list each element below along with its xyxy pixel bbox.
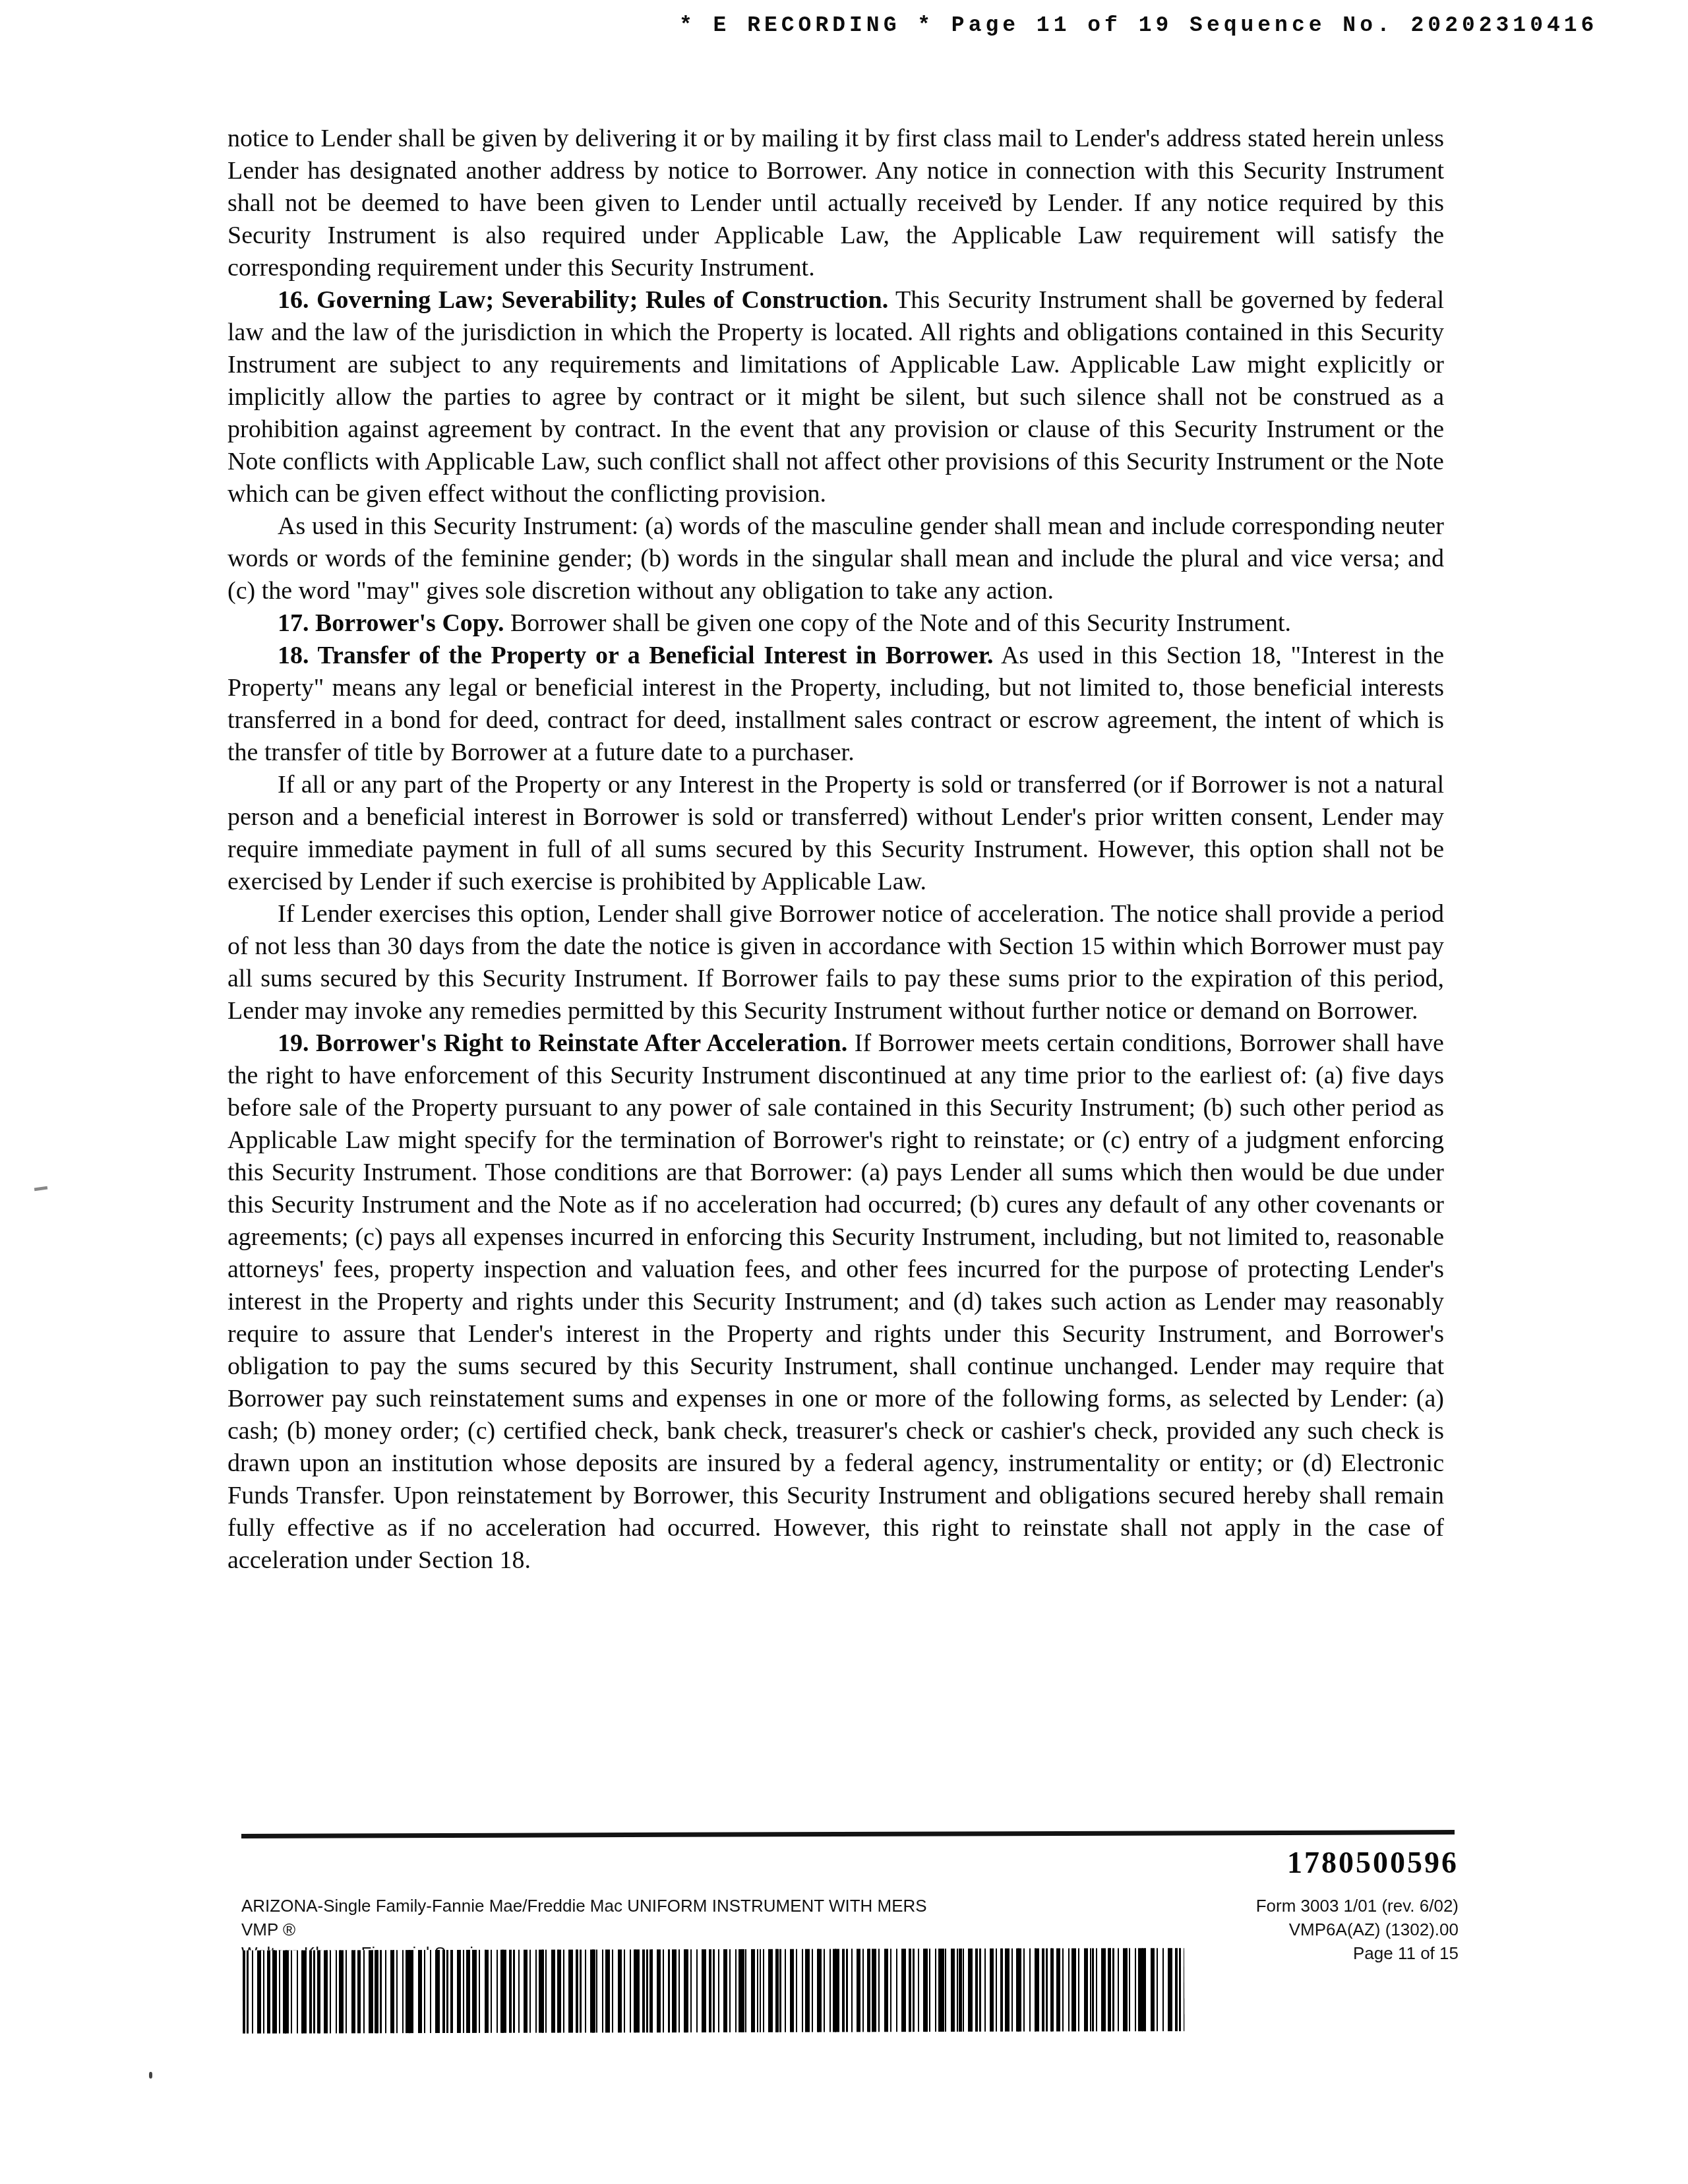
paragraph: If all or any part of the Property or an… [227, 769, 1444, 898]
scan-speck-icon [34, 1186, 48, 1192]
paragraph: 16. Governing Law; Severability; Rules o… [227, 284, 1444, 510]
paragraph: 19. Borrower's Right to Reinstate After … [227, 1027, 1444, 1577]
paragraph-heading: 19. Borrower's Right to Reinstate After … [278, 1029, 847, 1057]
paragraph-text: This Security Instrument shall be govern… [227, 286, 1444, 508]
footer-divider-rule [241, 1830, 1455, 1838]
document-page: * E RECORDING * Page 11 of 19 Sequence N… [0, 0, 1688, 2184]
paragraph-text: If Lender exercises this option, Lender … [227, 900, 1444, 1025]
paragraph: notice to Lender shall be given by deliv… [227, 123, 1444, 284]
paragraph-text: If all or any part of the Property or an… [227, 771, 1444, 895]
footer-page-number-line: Page 11 of 15 [1256, 1941, 1459, 1965]
paragraph: 18. Transfer of the Property or a Benefi… [227, 640, 1444, 769]
footer-instrument-line: ARIZONA-Single Family-Fannie Mae/Freddie… [241, 1894, 927, 1918]
document-body: notice to Lender shall be given by deliv… [227, 123, 1444, 1577]
barcode-icon [243, 1948, 1184, 2034]
footer-form-number-line: Form 3003 1/01 (rev. 6/02) [1256, 1894, 1459, 1918]
paragraph-text: If Borrower meets certain conditions, Bo… [227, 1029, 1444, 1574]
paragraph: 17. Borrower's Copy. Borrower shall be g… [227, 607, 1444, 640]
paragraph-text: As used in this Security Instrument: (a)… [227, 512, 1444, 605]
footer-right-block: Form 3003 1/01 (rev. 6/02) VMP6A(AZ) (13… [1256, 1894, 1459, 1965]
footer-vmp-line: VMP ® [241, 1918, 927, 1941]
paragraph-heading: 18. Transfer of the Property or a Benefi… [278, 642, 994, 669]
paragraph-text: Borrower shall be given one copy of the … [504, 609, 1291, 637]
scan-speck-icon [989, 196, 993, 200]
paragraph-text: notice to Lender shall be given by deliv… [227, 125, 1444, 282]
paragraph-heading: 17. Borrower's Copy. [278, 609, 504, 637]
paragraph: If Lender exercises this option, Lender … [227, 898, 1444, 1027]
scan-speck-icon [149, 2072, 152, 2078]
loan-number: 1780500596 [1287, 1845, 1459, 1880]
footer-vmp-code-line: VMP6A(AZ) (1302).00 [1256, 1918, 1459, 1941]
e-recording-header: * E RECORDING * Page 11 of 19 Sequence N… [679, 13, 1598, 38]
paragraph: As used in this Security Instrument: (a)… [227, 510, 1444, 607]
paragraph-heading: 16. Governing Law; Severability; Rules o… [278, 286, 888, 314]
